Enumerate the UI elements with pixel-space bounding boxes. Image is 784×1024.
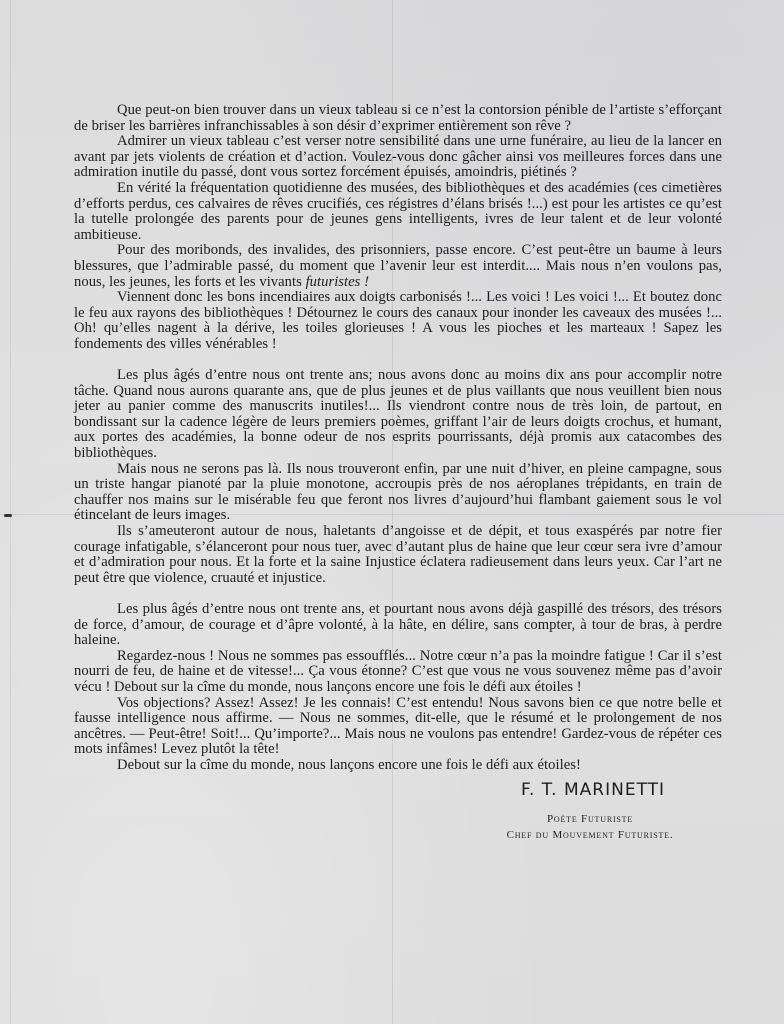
paragraph: Debout sur la cîme du monde, nous lançon…: [74, 758, 722, 774]
emphasis-futuristes: futuristes !: [306, 274, 369, 290]
author-title-chief: Chef du Mouvement Futuriste.: [470, 829, 710, 841]
author-title-poet: Poète Futuriste: [470, 813, 710, 825]
paragraph: Que peut-on bien trouver dans un vieux t…: [74, 103, 722, 134]
page-edge: [10, 0, 11, 1024]
paragraph: Les plus âgés d’entre nous ont trente an…: [74, 368, 722, 462]
signature-block: F. T. MARINETTI Poète Futuriste Chef du …: [470, 780, 710, 841]
paragraph: Vos objections? Assez! Assez! Je les con…: [74, 696, 722, 758]
paragraph: Ils s’ameuteront autour de nous, haletan…: [74, 524, 722, 586]
section-3: Les plus âgés d’entre nous ont trente an…: [74, 602, 722, 774]
paragraph: Pour des moribonds, des invalides, des p…: [74, 243, 722, 290]
paragraph: Mais nous ne serons pas là. Ils nous tro…: [74, 462, 722, 524]
paragraph: Les plus âgés d’entre nous ont trente an…: [74, 602, 722, 649]
author-name: F. T. MARINETTI: [476, 780, 710, 800]
paragraph: Regardez-nous ! Nous ne sommes pas essou…: [74, 649, 722, 696]
section-gap: [74, 586, 722, 602]
section-1: Que peut-on bien trouver dans un vieux t…: [74, 103, 722, 353]
paragraph: En vérité la fréquentation quotidienne d…: [74, 181, 722, 243]
paragraph: Admirer un vieux tableau c’est verser no…: [74, 134, 722, 181]
margin-mark: [4, 514, 12, 517]
section-2: Les plus âgés d’entre nous ont trente an…: [74, 368, 722, 586]
paragraph-text: Pour des moribonds, des invalides, des p…: [74, 242, 722, 289]
paragraph: Viennent donc les bons incendiaires aux …: [74, 290, 722, 352]
manifesto-body: Que peut-on bien trouver dans un vieux t…: [74, 103, 722, 774]
section-gap: [74, 353, 722, 369]
